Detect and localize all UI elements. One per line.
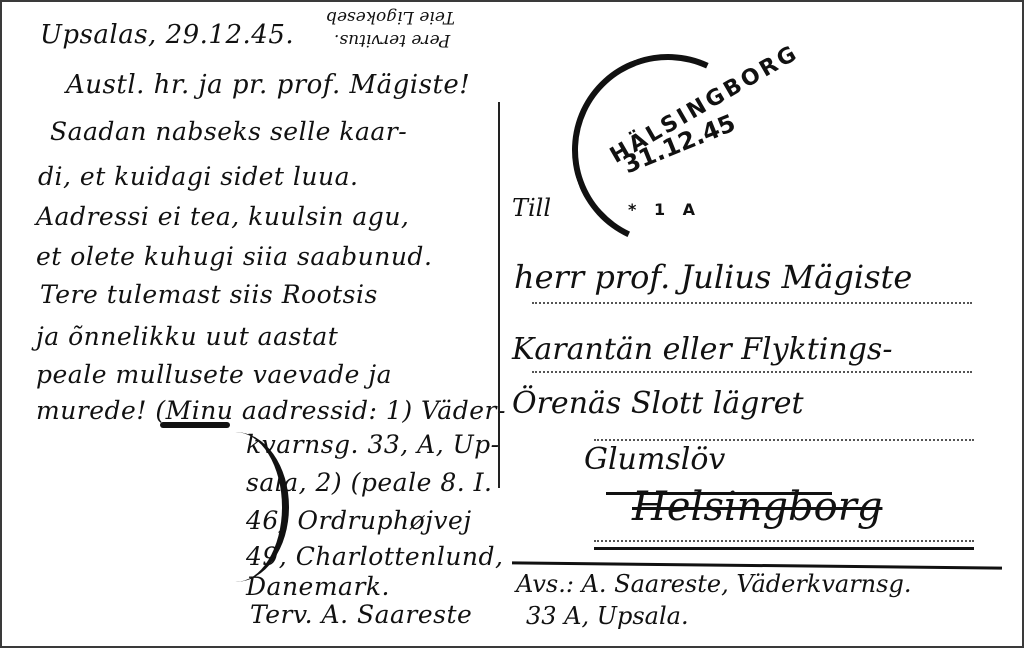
address-line-town: Glumslöv xyxy=(584,442,725,477)
sender-line-2: 33 A, Upsala. xyxy=(526,602,689,630)
postmark-extra: * 1 A xyxy=(628,200,701,219)
to-label: Till xyxy=(512,194,551,222)
body-line: Danemark. xyxy=(246,572,390,601)
postcard: Upsalas, 29.12.45. Pere tervitus. Teie L… xyxy=(0,0,1024,648)
address-line-location: Örenäs Slott lägret xyxy=(512,386,804,421)
address-dotted-line xyxy=(532,371,972,373)
signature: Terv. A. Saareste xyxy=(250,600,472,629)
postmark-fragment-arc xyxy=(182,432,289,582)
sender-line-1: Avs.: A. Saareste, Väderkvarnsg. xyxy=(516,570,911,598)
upside-down-note-line-2: Pere tervitus. xyxy=(334,30,450,50)
body-line: di, et kuidagi sidet luua. xyxy=(38,162,358,191)
body-line: ja õnnelikku uut aastat xyxy=(36,322,338,351)
body-line: kvarnsg. 33, A, Up- xyxy=(246,430,500,459)
body-line: Aadressi ei tea, kuulsin agu, xyxy=(36,202,409,231)
body-line: peale mullusete vaevade ja xyxy=(36,360,392,389)
body-line: Tere tulemast siis Rootsis xyxy=(40,280,378,309)
address-line-camp: Karantän eller Flyktings- xyxy=(512,332,892,367)
date-line: Upsalas, 29.12.45. xyxy=(40,20,294,50)
address-dotted-line xyxy=(594,439,974,441)
sender-separator-line xyxy=(512,561,1002,569)
address-line-name: herr prof. Julius Mägiste xyxy=(514,258,912,296)
salutation: Austl. hr. ja pr. prof. Mägiste! xyxy=(66,70,470,100)
body-line: et olete kuhugi siia saabunud. xyxy=(36,242,432,271)
strike-line xyxy=(606,492,832,495)
address-underline xyxy=(594,547,974,550)
postmark-fragment-bar xyxy=(160,422,230,428)
address-struck-city: Helsingborg xyxy=(632,484,882,530)
body-line: 49, Charlottenlund, xyxy=(246,542,503,571)
body-line: murede! (Minu aadressid: 1) Väder- xyxy=(36,396,506,425)
body-line: Saadan nabseks selle kaar- xyxy=(50,117,407,146)
address-dotted-line xyxy=(532,302,972,304)
card-divider xyxy=(498,102,500,488)
address-dotted-line xyxy=(594,540,974,542)
upside-down-note-line-1: Teie Ligokeseb xyxy=(326,7,455,27)
